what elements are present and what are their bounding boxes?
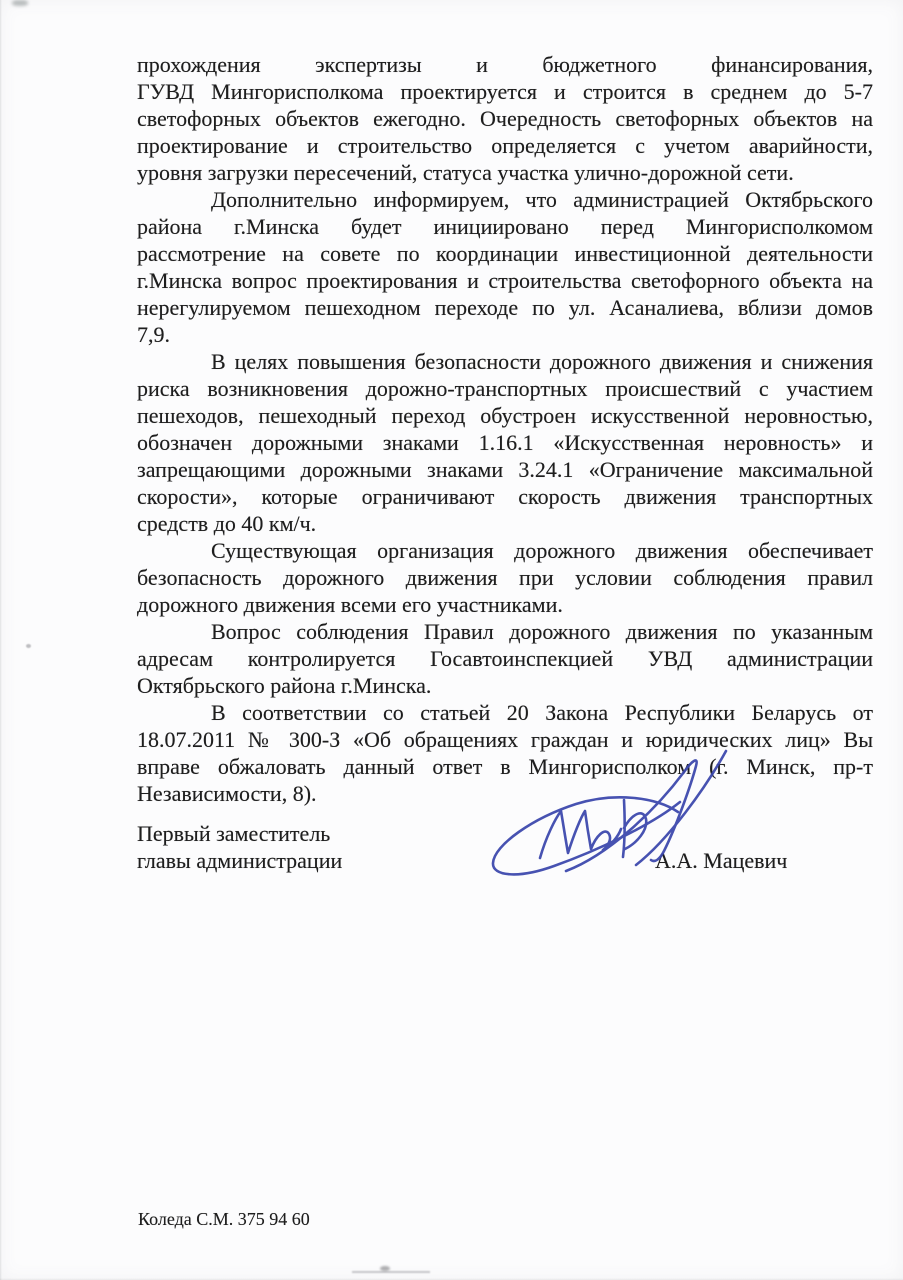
signer-title-line2: главы администрации [137, 847, 342, 874]
handwritten-signature-ink [478, 742, 748, 887]
paragraph: Существующая организация дорожного движе… [137, 537, 873, 618]
text-line: прохождения экспертизы и бюджетного фина… [137, 51, 873, 78]
text-line: Дополнительно информируем, что администр… [137, 186, 873, 213]
text-line: нерегулируемом пешеходном переходе по ул… [137, 294, 873, 321]
text-line: безопасность дорожного движения при усло… [137, 564, 873, 591]
text-line: Октябрьского района г.Минска. [137, 672, 873, 699]
text-line: В соответствии со статьей 20 Закона Респ… [137, 699, 873, 726]
text-line: проектирование и строительство определяе… [137, 132, 873, 159]
scan-artifact-bottom-nub [380, 1266, 390, 1271]
paragraph: Дополнительно информируем, что администр… [137, 186, 873, 348]
text-line: уровня загрузки пересечений, статуса уча… [137, 159, 873, 186]
text-line: запрещающими дорожными знаками 3.24.1 «О… [137, 456, 873, 483]
paragraph: прохождения экспертизы и бюджетного фина… [137, 51, 873, 186]
paragraph: Вопрос соблюдения Правил дорожного движе… [137, 618, 873, 699]
text-line: 7,9. [137, 321, 873, 348]
signer-title-line1: Первый заместитель [137, 820, 342, 847]
text-line: скорости», которые ограничивают скорость… [137, 483, 873, 510]
text-line: дорожного движения всеми его участниками… [137, 591, 873, 618]
text-line: риска возникновения дорожно-транспортных… [137, 375, 873, 402]
document-text: прохождения экспертизы и бюджетного фина… [137, 51, 873, 807]
paragraph: В целях повышения безопасности дорожного… [137, 348, 873, 537]
text-line: В целях повышения безопасности дорожного… [137, 348, 873, 375]
signature-block: Первый заместитель главы администрации [137, 820, 342, 874]
scan-artifact-left-dot [26, 644, 31, 648]
text-line: Вопрос соблюдения Правил дорожного движе… [137, 618, 873, 645]
text-line: ГУВД Мингорисполкома проектируется и стр… [137, 78, 873, 105]
scan-artifact-bottom-smear [352, 1271, 430, 1273]
text-line: г.Минска вопрос проектирования и строите… [137, 267, 873, 294]
scanned-letter-page: прохождения экспертизы и бюджетного фина… [0, 0, 903, 1280]
footer-contact: Коледа С.М. 375 94 60 [138, 1207, 310, 1231]
text-line: рассмотрение на совете по координации ин… [137, 240, 873, 267]
text-line: пешеходов, пешеходный переход обустроен … [137, 402, 873, 429]
text-line: района г.Минска будет инициировано перед… [137, 213, 873, 240]
text-line: адресам контролируется Госавтоинспекцией… [137, 645, 873, 672]
text-line: светофорных объектов ежегодно. Очереднос… [137, 105, 873, 132]
text-line: средств до 40 км/ч. [137, 510, 873, 537]
scan-artifact-top-left [12, 0, 28, 6]
text-line: Существующая организация дорожного движе… [137, 537, 873, 564]
text-line: обозначен дорожными знаками 1.16.1 «Иску… [137, 429, 873, 456]
